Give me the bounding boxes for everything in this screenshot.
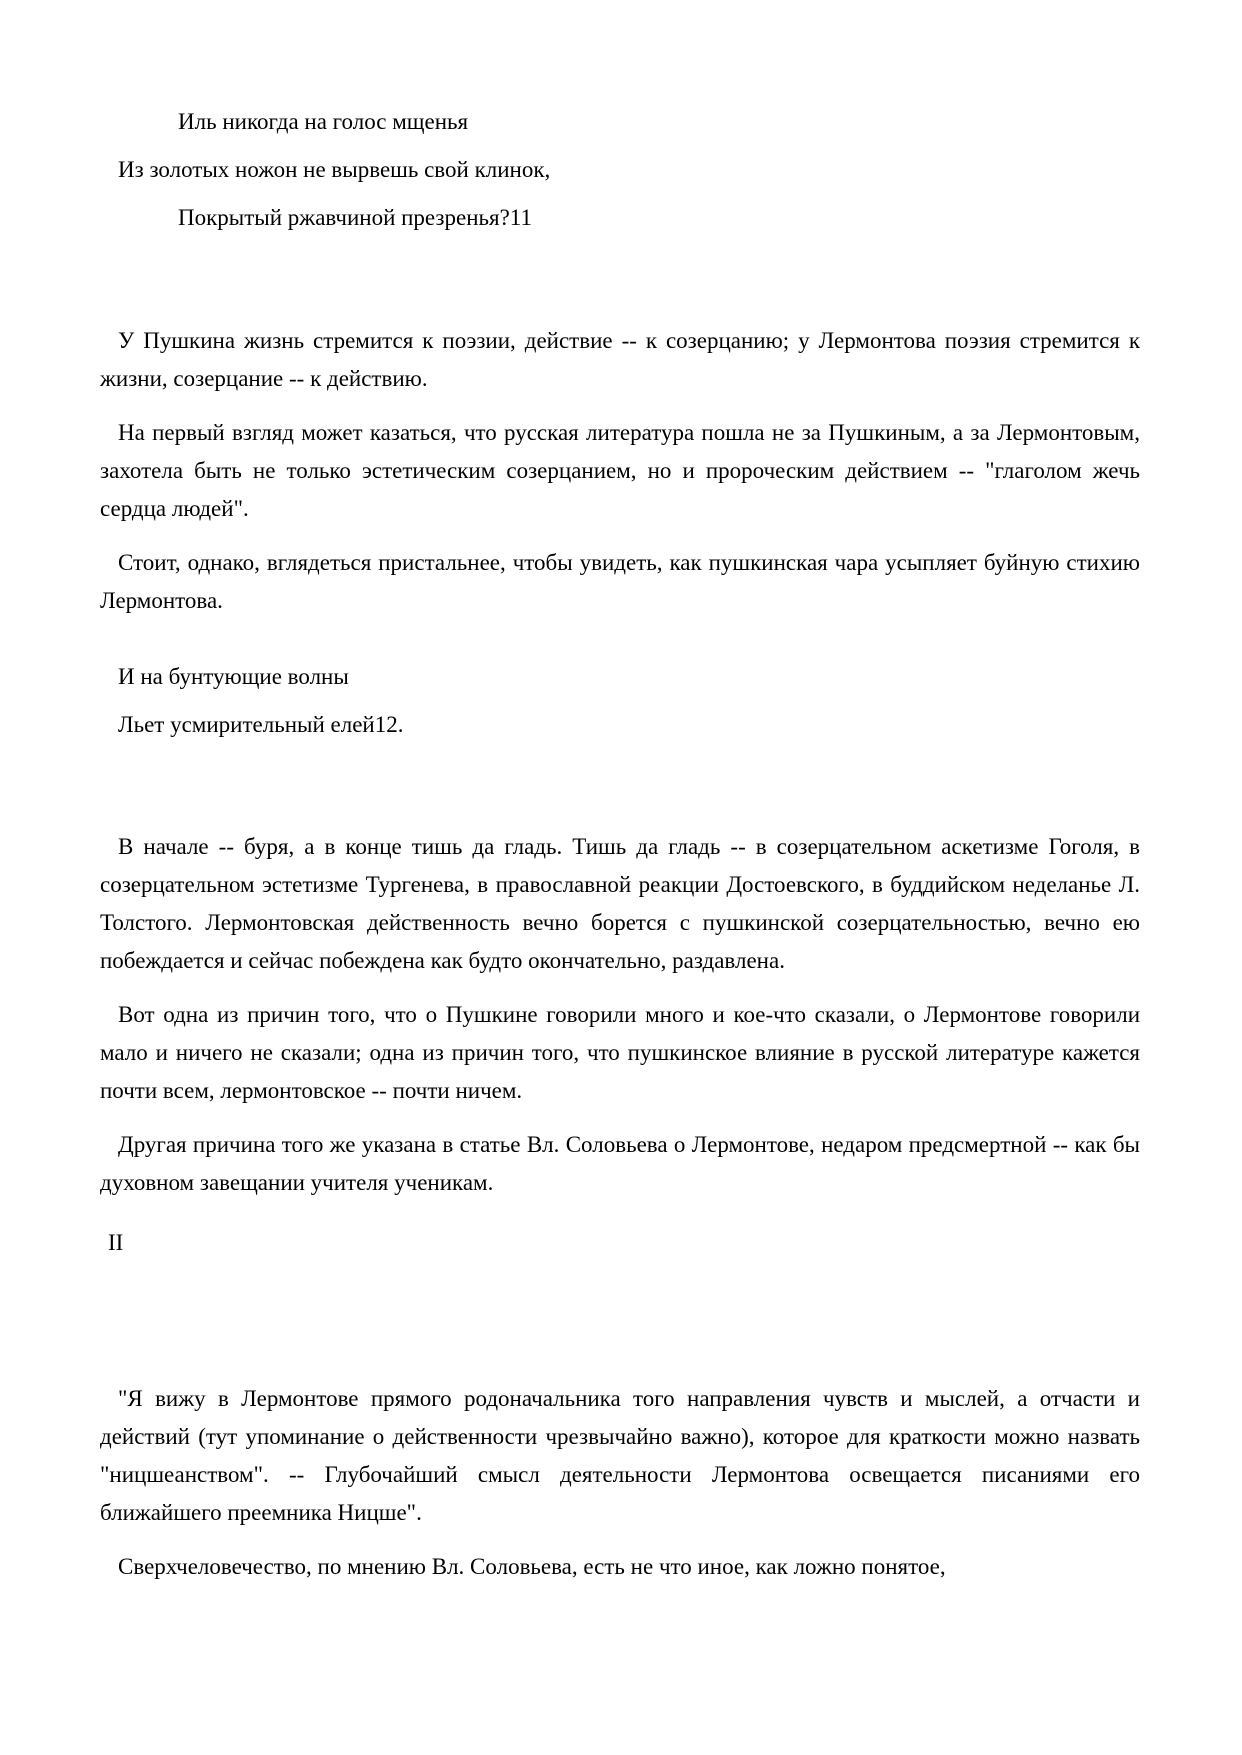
verse-line: И на бунтующие волны [100, 658, 1140, 696]
paragraph: В начале -- буря, а в конце тишь да глад… [100, 828, 1140, 980]
paragraph: На первый взгляд может казаться, что рус… [100, 414, 1140, 528]
paragraph: Вот одна из причин того, что о Пушкине г… [100, 996, 1140, 1110]
document-page: Иль никогда на голос мщенья Из золотых н… [0, 0, 1242, 1755]
paragraph: Стоит, однако, вглядеться пристальнее, ч… [100, 544, 1140, 620]
verse-line: Иль никогда на голос мщенья [100, 103, 1140, 141]
verse-line: Покрытый ржавчиной презренья?11 [100, 199, 1140, 237]
verse-block-1: Иль никогда на голос мщенья Из золотых н… [100, 103, 1140, 237]
paragraph: Сверхчеловечество, по мнению Вл. Соловье… [100, 1548, 1140, 1586]
verse-line: Льет усмирительный елей12. [100, 706, 1140, 744]
paragraph: "Я вижу в Лермонтове прямого родоначальн… [100, 1380, 1140, 1532]
verse-line: Из золотых ножон не вырвешь свой клинок, [100, 151, 1140, 189]
paragraph: Другая причина того же указана в статье … [100, 1126, 1140, 1202]
section-heading: II [100, 1224, 1140, 1262]
paragraph: У Пушкина жизнь стремится к поэзии, дейс… [100, 322, 1140, 398]
verse-block-2: И на бунтующие волны Льет усмирительный … [100, 658, 1140, 744]
